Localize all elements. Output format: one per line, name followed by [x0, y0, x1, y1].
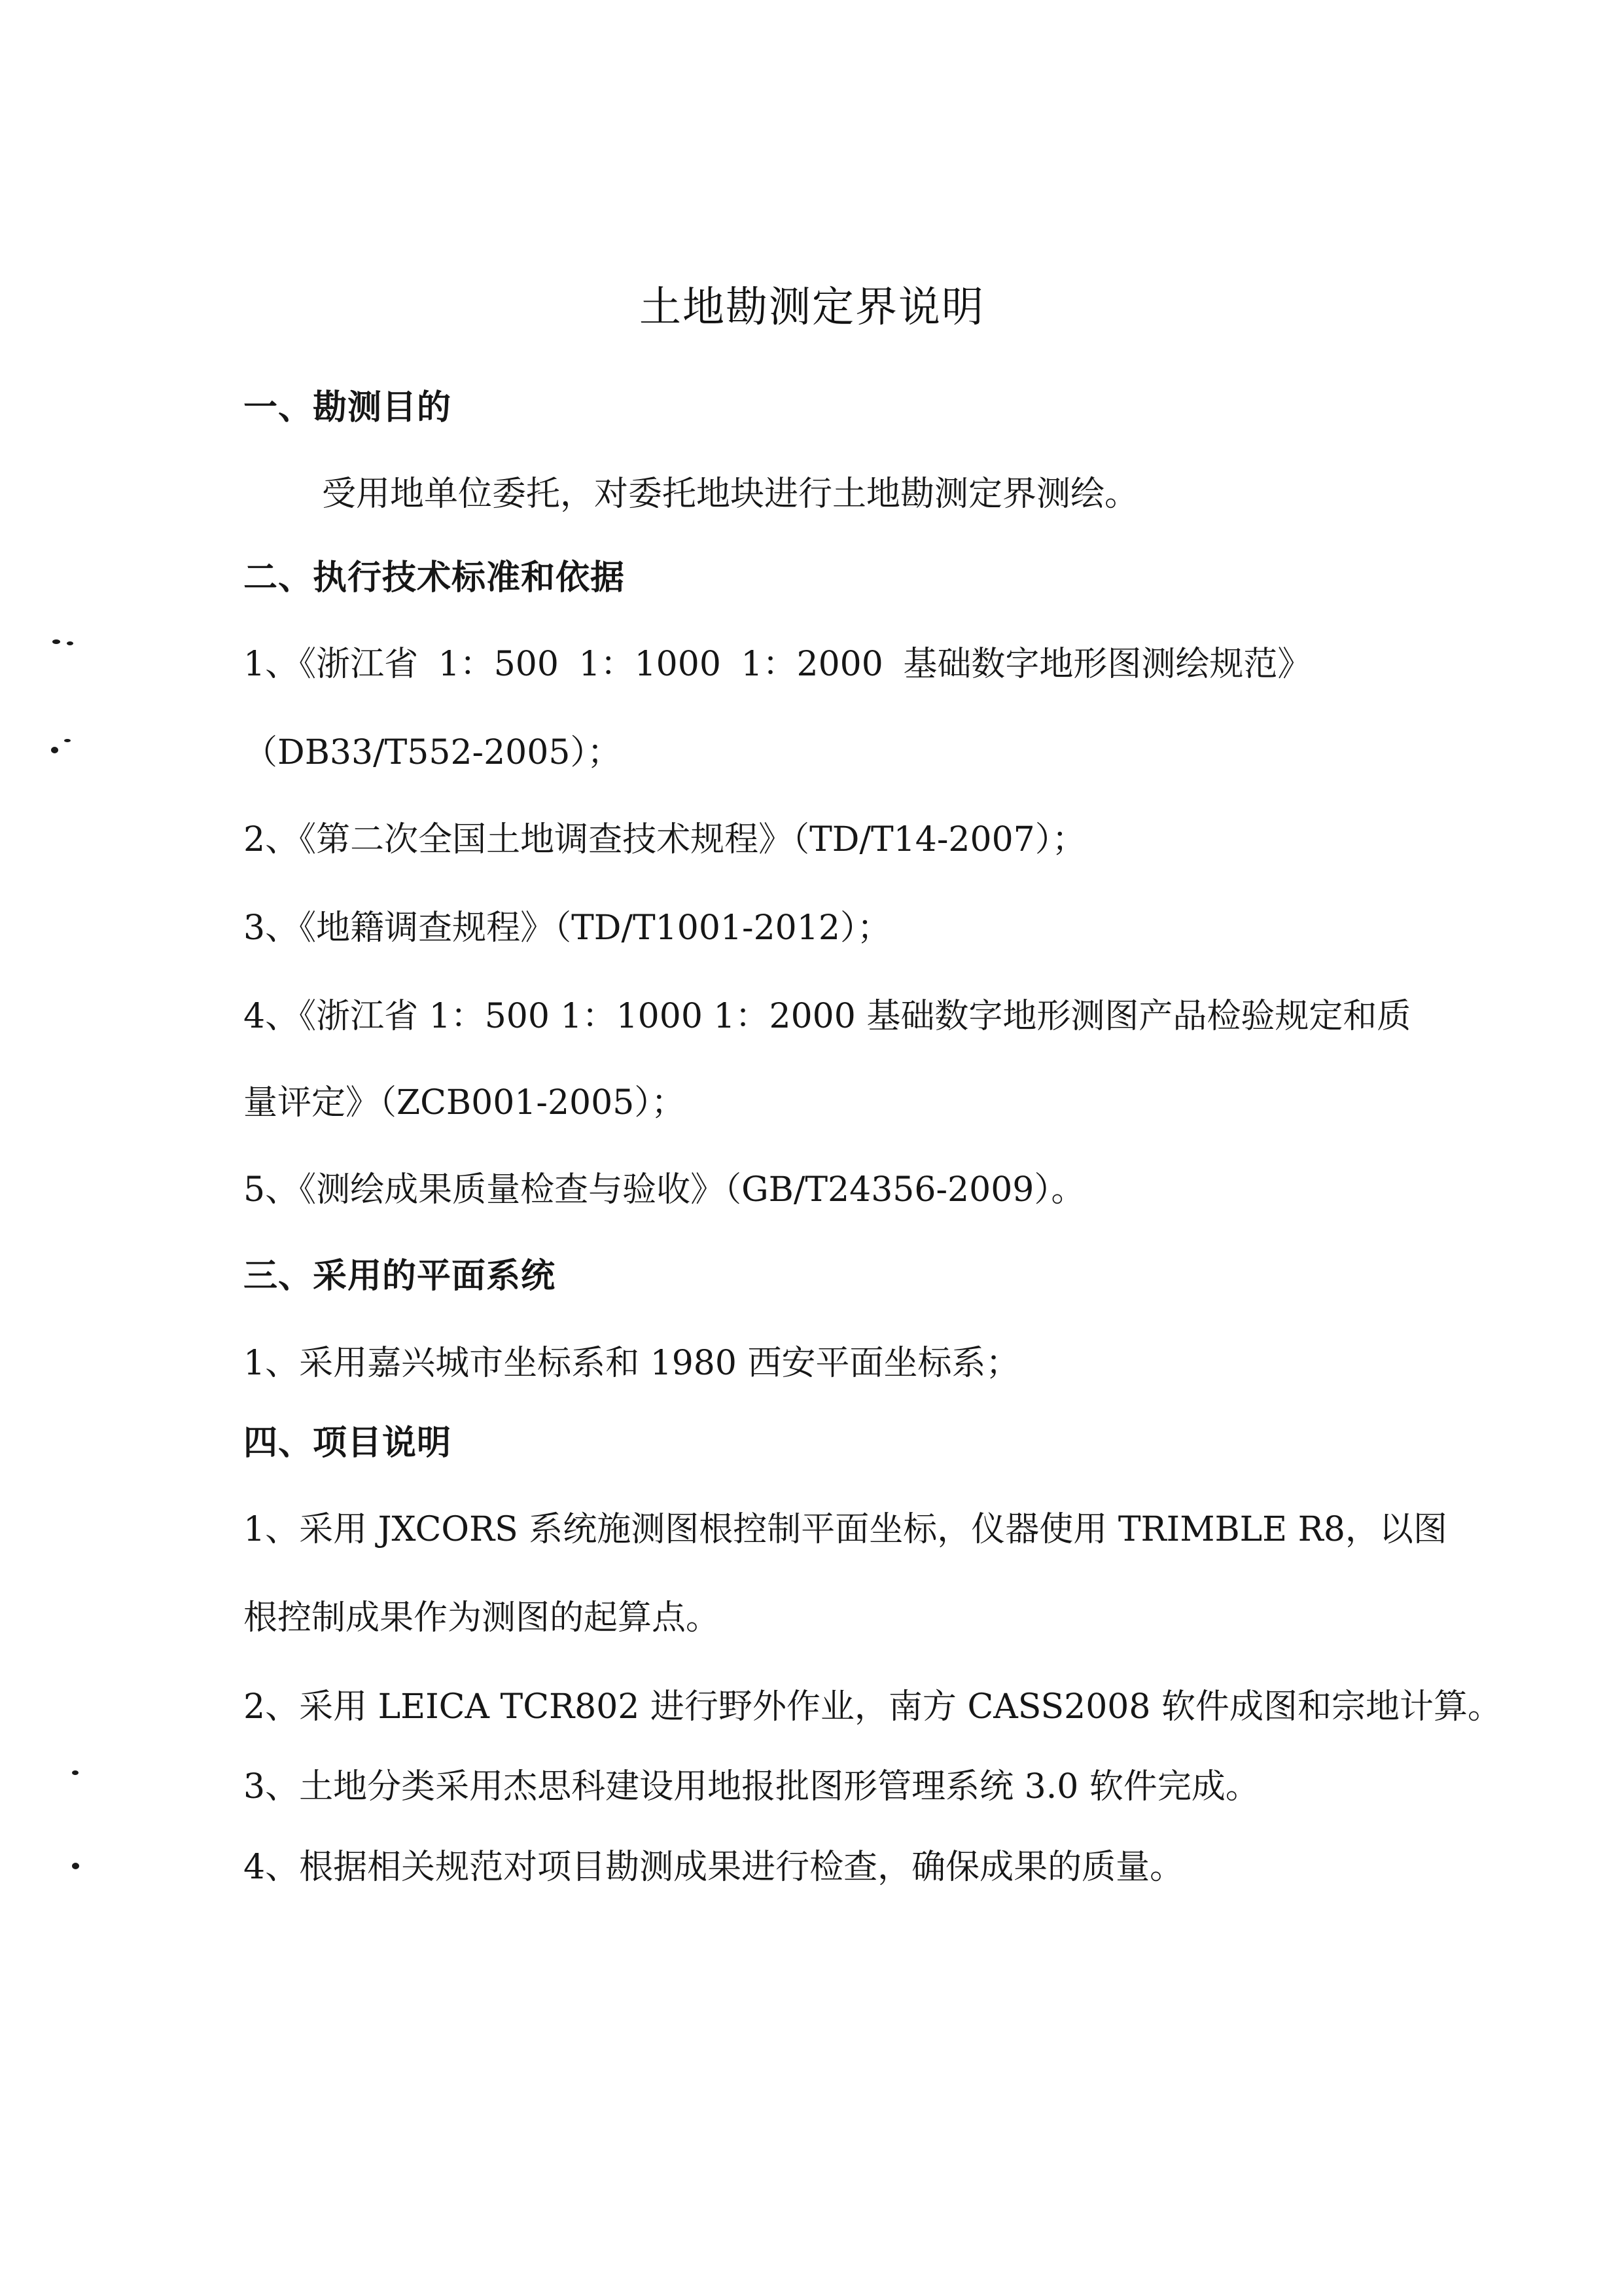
- standard-item-1: 1、《浙江省 1：500 1：1000 1：2000 基础数字地形图测绘规范》: [243, 641, 1311, 687]
- standard-item-4-cont: 量评定》（ZCB001-2005）；: [243, 1080, 685, 1126]
- project-note-1-cont: 根控制成果作为测图的起算点。: [243, 1595, 720, 1641]
- scan-speck: [64, 739, 71, 742]
- project-note-1: 1、采用 JXCORS 系统施测图根控制平面坐标，仪器使用 TRIMBLE R8…: [243, 1507, 1447, 1552]
- scan-speck: [72, 1863, 79, 1869]
- scan-speck: [51, 747, 58, 753]
- scan-speck: [67, 641, 73, 645]
- project-note-4: 4、根据相关规范对项目勘测成果进行检查，确保成果的质量。: [243, 1844, 1184, 1890]
- project-note-2: 2、采用 LEICA TCR802 进行野外作业，南方 CASS2008 软件成…: [243, 1684, 1502, 1730]
- standard-item-5: 5、《测绘成果质量检查与验收》（GB/T24356-2009）。: [243, 1167, 1085, 1213]
- scanned-page: 土地勘测定界说明 一、勘测目的 受用地单位委托，对委托地块进行土地勘测定界测绘。…: [0, 0, 1624, 2296]
- standard-item-2: 2、《第二次全国土地调查技术规程》（TD/T14-2007）；: [243, 817, 1086, 863]
- document-title: 土地勘测定界说明: [0, 278, 1624, 337]
- section-heading-coordinate-system: 三、采用的平面系统: [243, 1253, 556, 1299]
- purpose-paragraph: 受用地单位委托，对委托地块进行土地勘测定界测绘。: [322, 471, 1139, 517]
- scan-speck: [72, 1770, 79, 1775]
- standard-item-1-code: （DB33/T552-2005）；: [243, 730, 621, 776]
- coordinate-system-item-1: 1、采用嘉兴城市坐标系和 1980 西安平面坐标系；: [243, 1340, 1019, 1386]
- project-note-3: 3、土地分类采用杰思科建设用地报批图形管理系统 3.0 软件完成。: [243, 1764, 1260, 1810]
- standard-item-4: 4、《浙江省 1：500 1：1000 1：2000 基础数字地形测图产品检验规…: [243, 994, 1411, 1039]
- standard-item-3: 3、《地籍调查规程》（TD/T1001-2012）；: [243, 905, 891, 951]
- section-heading-project-notes: 四、项目说明: [243, 1420, 451, 1466]
- section-heading-standards: 二、执行技术标准和依据: [243, 555, 625, 601]
- section-heading-purpose: 一、勘测目的: [243, 385, 451, 431]
- scan-speck: [52, 639, 60, 644]
